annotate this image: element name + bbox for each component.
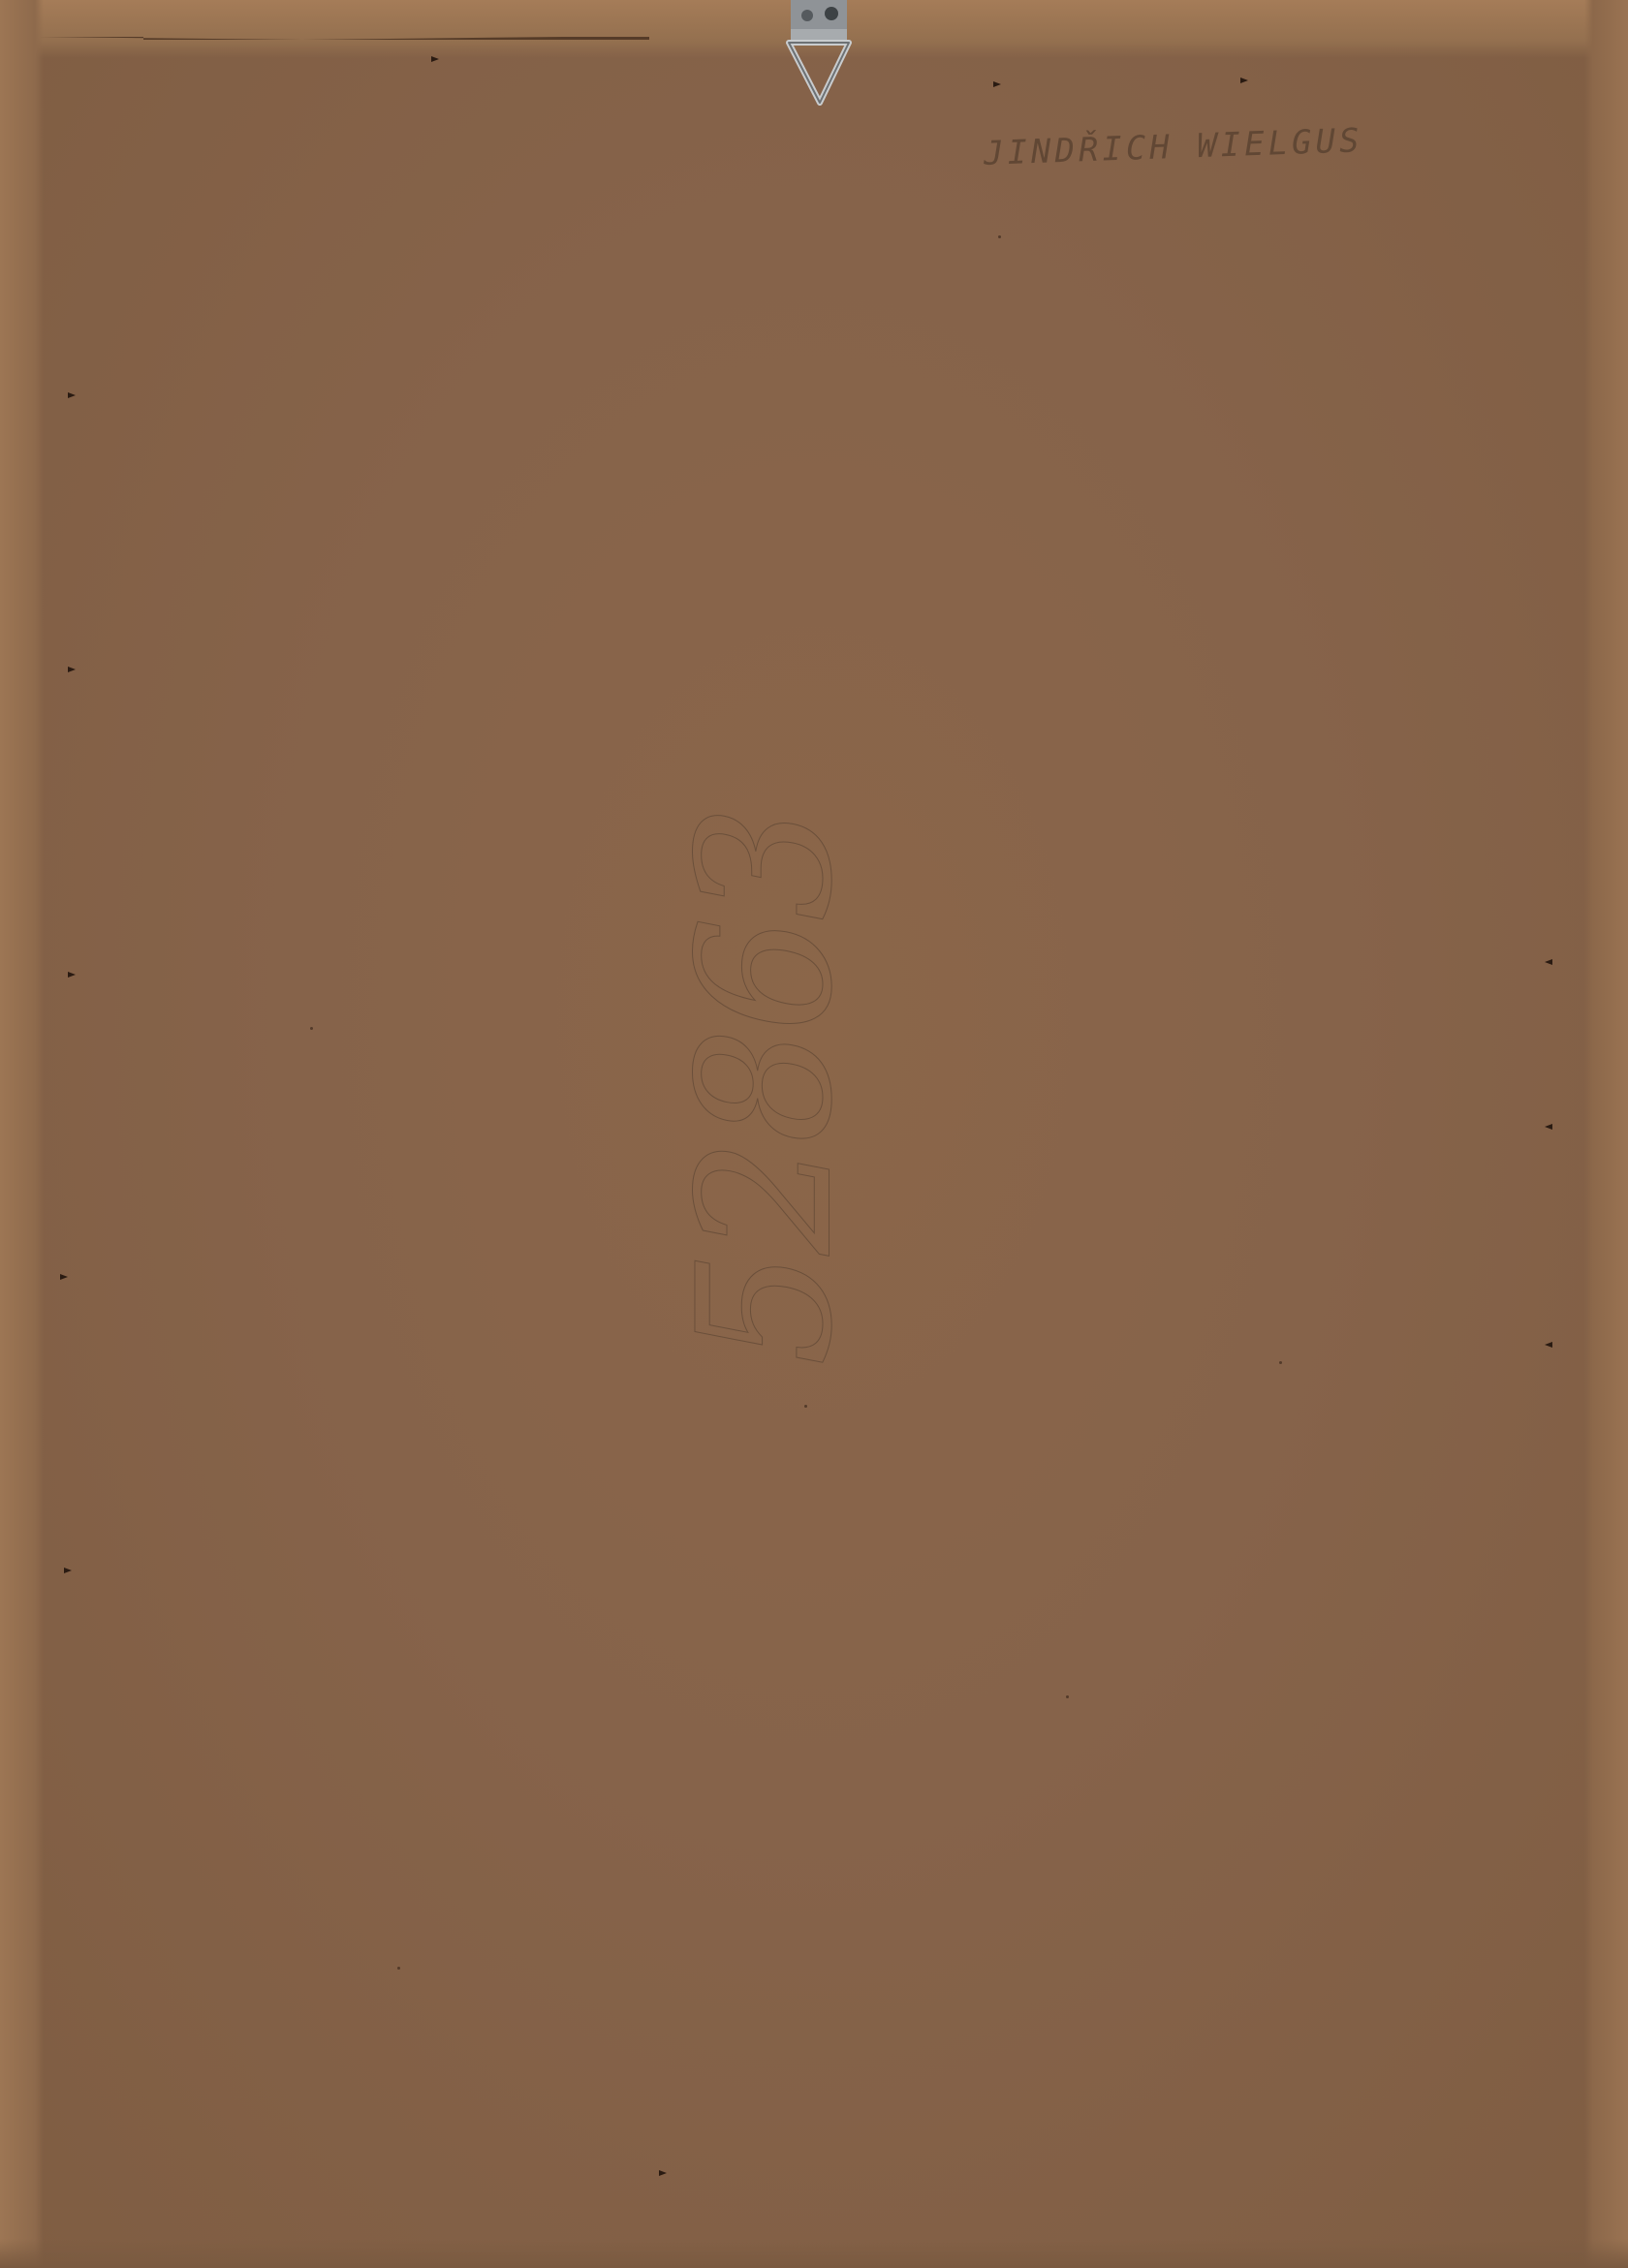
speck (310, 1027, 313, 1030)
nail-icon (1545, 1124, 1552, 1130)
nail-icon (659, 2170, 667, 2176)
inventory-number-inscription: 52863 (659, 883, 873, 1367)
nail-icon (60, 1274, 68, 1280)
nail-icon (1240, 78, 1248, 83)
speck (397, 1967, 400, 1970)
right-edge (1584, 0, 1628, 2268)
nail-icon (993, 81, 1001, 87)
speck (1066, 1695, 1069, 1698)
nail-icon (64, 1568, 72, 1573)
cardboard-backing: JINDŘICH WIELGUS 52863 (0, 0, 1628, 2268)
nail-icon (68, 392, 76, 398)
artist-name-inscription: JINDŘICH WIELGUS (983, 121, 1363, 173)
nail-icon (1545, 1342, 1552, 1348)
left-edge (0, 0, 44, 2268)
speck (804, 1405, 807, 1408)
triangle-hanger-icon (783, 0, 855, 109)
bottom-edge (0, 2239, 1628, 2268)
speck (998, 235, 1001, 238)
speck (1279, 1361, 1282, 1364)
nail-icon (68, 667, 76, 672)
nail-icon (68, 972, 76, 978)
nail-icon (1545, 959, 1552, 965)
